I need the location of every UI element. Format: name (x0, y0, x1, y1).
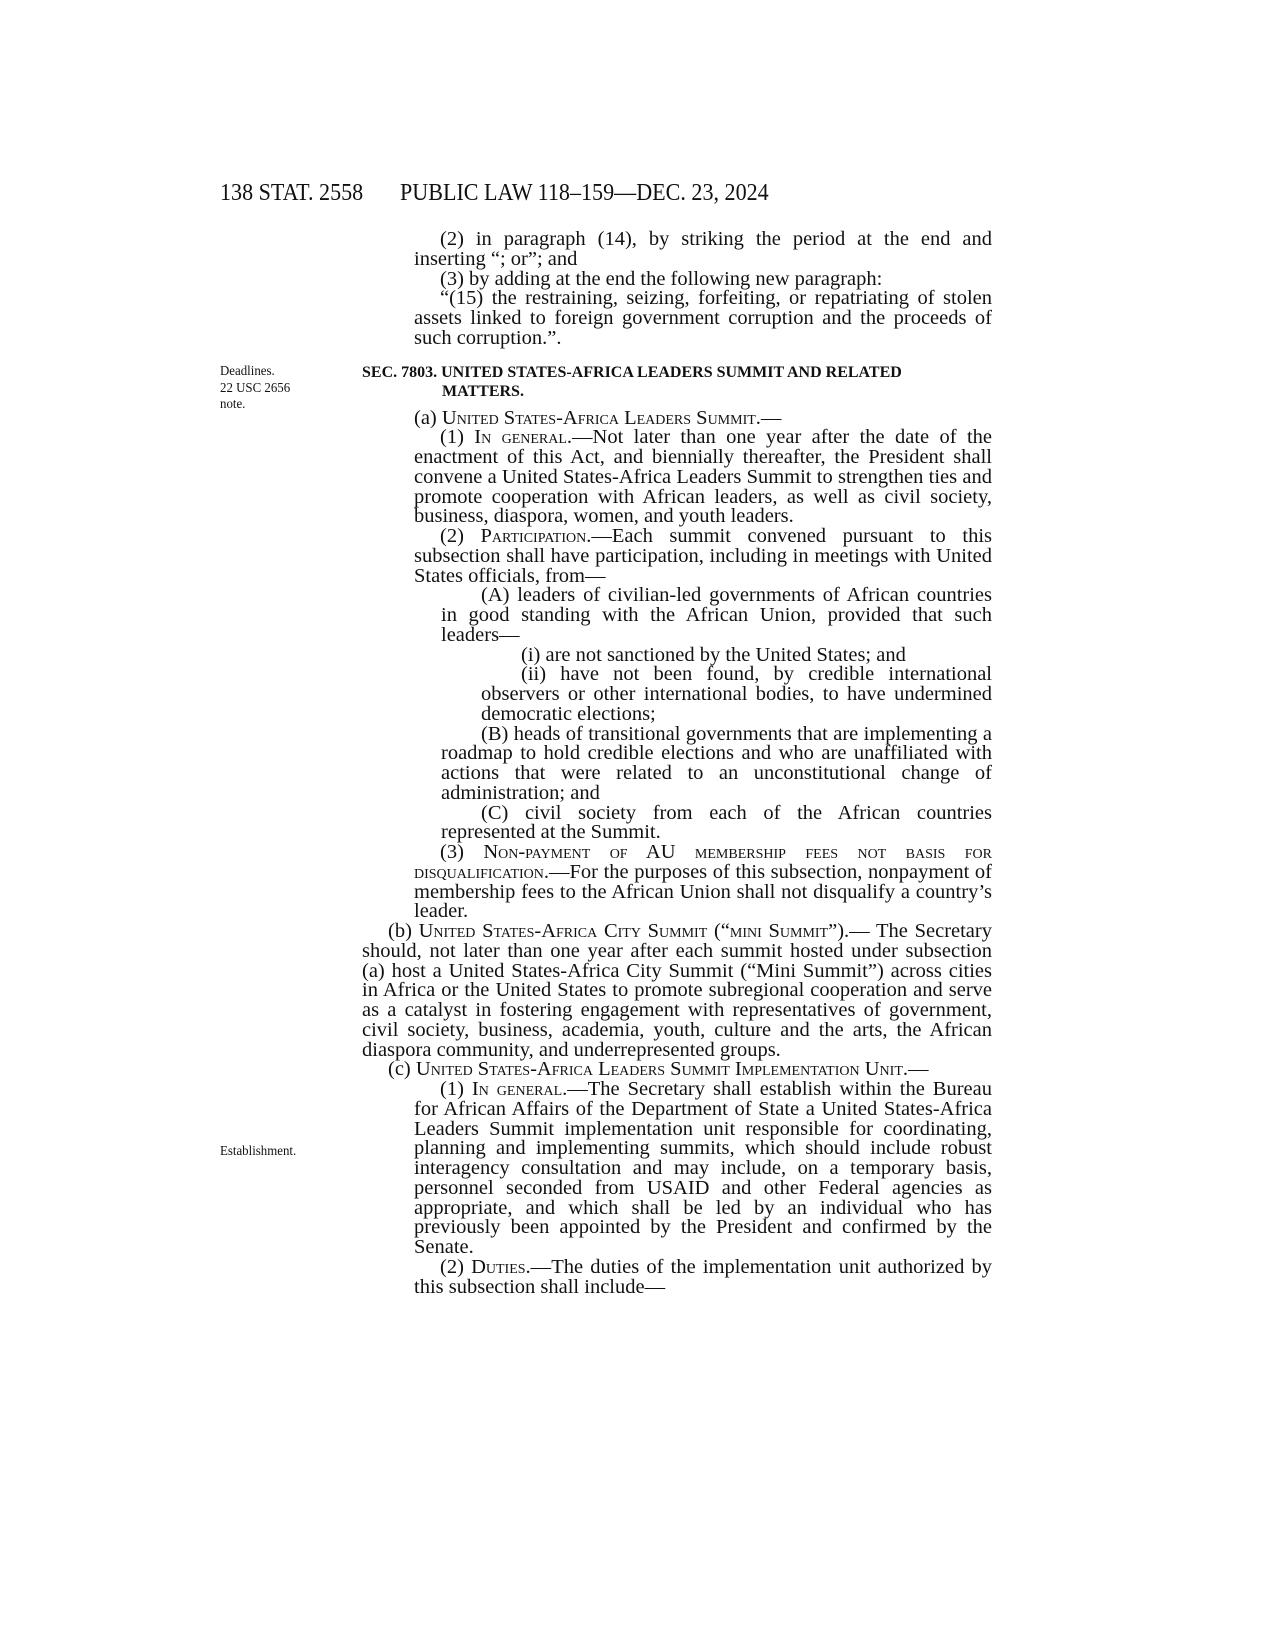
subsection-heading: United States-Africa Leaders Summit Impl… (416, 1058, 929, 1080)
subparagraph-B: (B) heads of transitional governments th… (362, 725, 992, 804)
margin-note-line: 22 USC 2656 (220, 381, 290, 398)
margin-note-establishment: Establishment. (220, 1144, 296, 1161)
margin-note-line: Establishment. (220, 1144, 296, 1161)
paragraph-c1: (1) In general.—The Secretary shall esta… (362, 1080, 992, 1258)
margin-note-deadlines: Deadlines. 22 USC 2656 note. (220, 364, 290, 414)
paragraph-label: (1) (440, 1078, 464, 1100)
amendment-paragraph-15: “(15) the restraining, seizing, forfeiti… (362, 289, 992, 348)
margin-note-line: note. (220, 397, 290, 414)
subsection-label: (b) (388, 920, 412, 942)
clause-ii: (ii) have not been found, by credible in… (362, 665, 992, 724)
paragraph-a3: (3) Non-payment of AU membership fees no… (362, 843, 992, 922)
paragraph-a1: (1) In general.—Not later than one year … (362, 428, 992, 527)
paragraph-text: The Secretary shall establish within the… (414, 1078, 992, 1258)
section-heading: SEC. 7803. UNITED STATES-AFRICA LEADERS … (362, 363, 992, 401)
subsection-label: (c) (388, 1058, 411, 1080)
paragraph-label: (3) (440, 841, 464, 863)
paragraph-heading: Participation.— (481, 525, 612, 547)
document-page: 138 STAT. 2558 PUBLIC LAW 118–159—DEC. 2… (0, 0, 1275, 1650)
section-heading-line-2: MATTERS. (362, 382, 992, 401)
document-body: (2) in paragraph (14), by striking the p… (362, 230, 992, 1297)
paragraph-label: (2) (440, 1256, 464, 1278)
paragraph-label: (2) (440, 525, 464, 547)
section-heading-line-1: SEC. 7803. UNITED STATES-AFRICA LEADERS … (362, 363, 992, 382)
amendment-paragraph-2: (2) in paragraph (14), by striking the p… (362, 230, 992, 270)
subsection-text: The Secretary should, not later than one… (362, 920, 992, 1061)
margin-note-line: Deadlines. (220, 364, 290, 381)
subsection-heading: United States-Africa City Summit (“mini … (419, 920, 870, 942)
statute-page-reference: 138 STAT. 2558 (220, 180, 363, 207)
subparagraph-A: (A) leaders of civilian-led governments … (362, 586, 992, 645)
running-header-title: PUBLIC LAW 118–159—DEC. 23, 2024 (400, 180, 769, 207)
subsection-a-label: (a) (414, 407, 437, 429)
subparagraph-C: (C) civil society from each of the Afric… (362, 804, 992, 844)
paragraph-heading: In general.— (472, 1078, 588, 1100)
paragraph-a2: (2) Participation.—Each summit convened … (362, 527, 992, 586)
paragraph-heading: In general.— (474, 426, 592, 448)
paragraph-label: (1) (440, 426, 464, 448)
subsection-b: (b) United States-Africa City Summit (“m… (362, 922, 992, 1060)
paragraph-heading: Duties.— (471, 1256, 551, 1278)
paragraph-c2: (2) Duties.—The duties of the implementa… (362, 1258, 992, 1298)
subsection-a-title: United States-Africa Leaders Summit.— (442, 407, 782, 429)
